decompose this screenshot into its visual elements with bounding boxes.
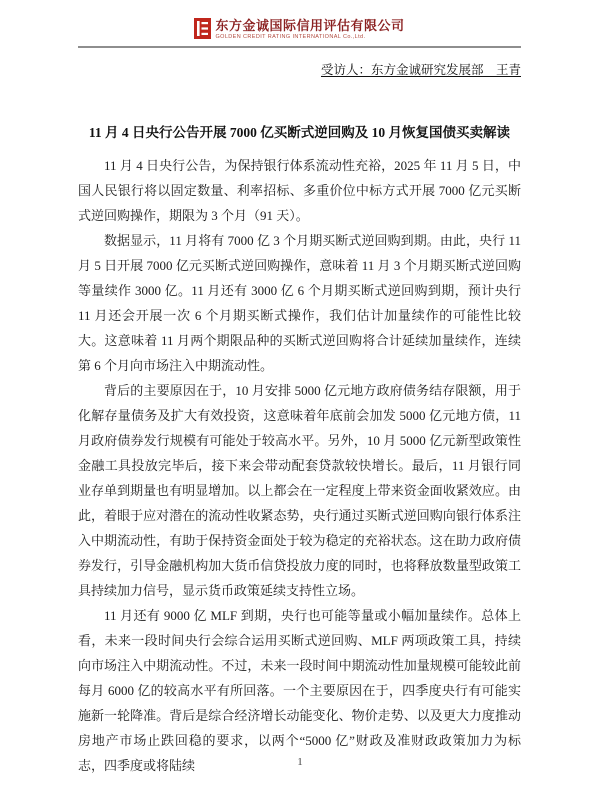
document-page: 东方金诚国际信用评估有限公司 GOLDEN CREDIT RATING INTE…: [0, 0, 600, 800]
interviewee-line: 受访人：东方金诚研究发展部 王青: [78, 62, 521, 78]
company-name-zh: 东方金诚国际信用评估有限公司: [215, 18, 404, 33]
header-divider: [78, 46, 521, 48]
paragraph: 背后的主要原因在于，10 月安排 5000 亿元地方政府债务结存限额，用于化解存…: [78, 378, 521, 603]
company-name-en: GOLDEN CREDIT RATING INTERNATIONAL Co.,L…: [215, 34, 365, 40]
paragraph: 11 月还有 9000 亿 MLF 到期，央行也可能等量或小幅加量续作。总体上看…: [78, 603, 521, 778]
paragraph: 11 月 4 日央行公告，为保持银行体系流动性充裕，2025 年 11 月 5 …: [78, 153, 521, 228]
golden-credit-logo-icon: [194, 18, 211, 39]
interviewee-text: 受访人：东方金诚研究发展部 王青: [321, 63, 521, 77]
document-body: 11 月 4 日央行公告，为保持银行体系流动性充裕，2025 年 11 月 5 …: [78, 153, 521, 778]
page-title: 11 月 4 日央行公告开展 7000 亿买断式逆回购及 10 月恢复国债买卖解…: [78, 124, 521, 142]
logo-text-block: 东方金诚国际信用评估有限公司 GOLDEN CREDIT RATING INTE…: [215, 18, 404, 40]
page-number: 1: [0, 756, 600, 768]
document-header: 东方金诚国际信用评估有限公司 GOLDEN CREDIT RATING INTE…: [78, 18, 521, 40]
paragraph: 数据显示，11 月将有 7000 亿 3 个月期买断式逆回购到期。由此，央行 1…: [78, 228, 521, 378]
